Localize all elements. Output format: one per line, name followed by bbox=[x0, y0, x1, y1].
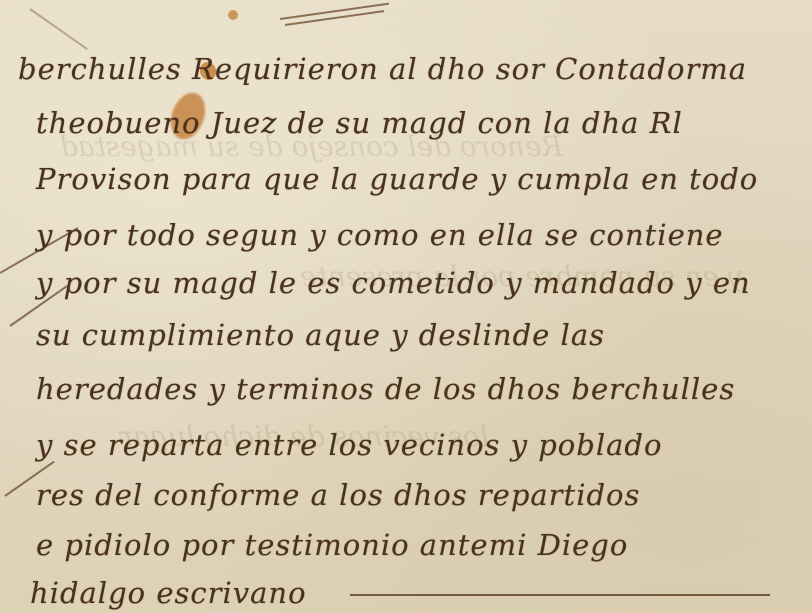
manuscript-line-8: y se reparta entre los vecinos y poblado bbox=[36, 428, 662, 462]
ink-stain bbox=[228, 10, 238, 20]
manuscript-line-7: heredades y terminos de los dhos berchul… bbox=[36, 372, 735, 406]
manuscript-line-5: y por su magd le es cometido y mandado y… bbox=[36, 266, 751, 300]
manuscript-page: Renoro del consejo de su magestad y en s… bbox=[0, 0, 812, 613]
pen-flourish bbox=[285, 10, 384, 26]
manuscript-line-9: res del conforme a los dhos repartidos bbox=[36, 478, 640, 512]
manuscript-line-4: y por todo segun y como en ella se conti… bbox=[36, 218, 724, 252]
manuscript-line-3: Provison para que la guarde y cumpla en … bbox=[36, 162, 758, 196]
closing-rule bbox=[350, 594, 770, 596]
manuscript-line-1: berchulles Requirieron al dho sor Contad… bbox=[18, 52, 747, 86]
manuscript-line-10: e pidiolo por testimonio antemi Diego bbox=[36, 528, 628, 562]
pen-flourish bbox=[29, 8, 87, 50]
manuscript-line-11: hidalgo escrivano bbox=[30, 576, 307, 610]
manuscript-line-6: su cumplimiento aque y deslinde las bbox=[36, 318, 605, 352]
manuscript-line-2: theobueno Juez de su magd con la dha Rl bbox=[36, 106, 683, 140]
